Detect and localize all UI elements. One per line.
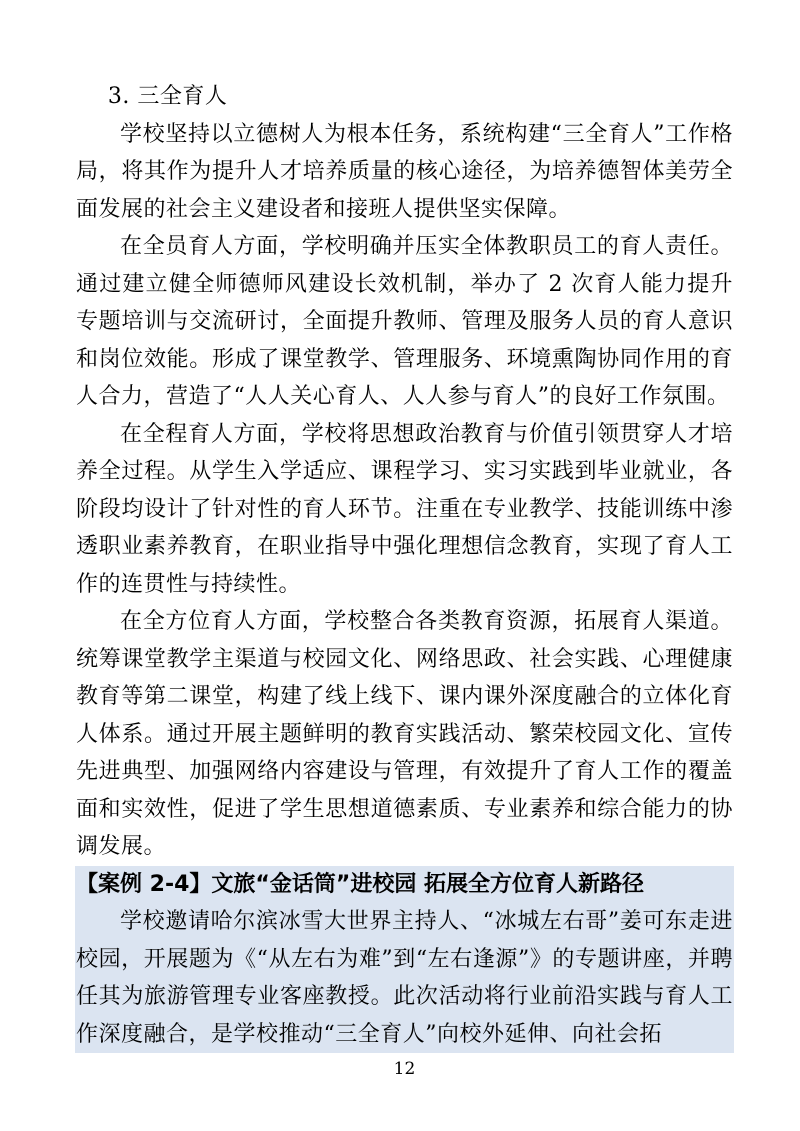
paragraph-quanfangwei-yuren: 在全方位育人方面，学校整合各类教育资源，拓展育人渠道。统筹课堂教学主渠道与校园文… xyxy=(76,603,733,866)
case-highlight-box: 【案例 2-4】文旅“金话筒”进校园 拓展全方位育人新路径 学校邀请哈尔滨冰雪大… xyxy=(75,866,734,1054)
paragraph-quancheng-yuren: 在全程育人方面，学校将思想政治教育与价值引领贯穿人才培养全过程。从学生入学适应、… xyxy=(76,416,733,604)
page-number: 12 xyxy=(76,1058,733,1080)
paragraph-overview: 学校坚持以立德树人为根本任务，系统构建“三全育人”工作格局，将其作为提升人才培养… xyxy=(76,116,733,229)
paragraph-quanyuan-yuren: 在全员育人方面，学校明确并压实全体教职员工的育人责任。通过建立健全师德师风建设长… xyxy=(76,228,733,416)
case-body-text: 学校邀请哈尔滨冰雪大世界主持人、“冰城左右哥”姜可东走进校园，开展题为《“从左右… xyxy=(76,903,733,1053)
section-heading: 3. 三全育人 xyxy=(76,78,733,116)
document-page: 3. 三全育人 学校坚持以立德树人为根本任务，系统构建“三全育人”工作格局，将其… xyxy=(0,0,800,1131)
case-title: 【案例 2-4】文旅“金话筒”进校园 拓展全方位育人新路径 xyxy=(76,866,733,904)
document-body: 3. 三全育人 学校坚持以立德树人为根本任务，系统构建“三全育人”工作格局，将其… xyxy=(76,78,733,1080)
